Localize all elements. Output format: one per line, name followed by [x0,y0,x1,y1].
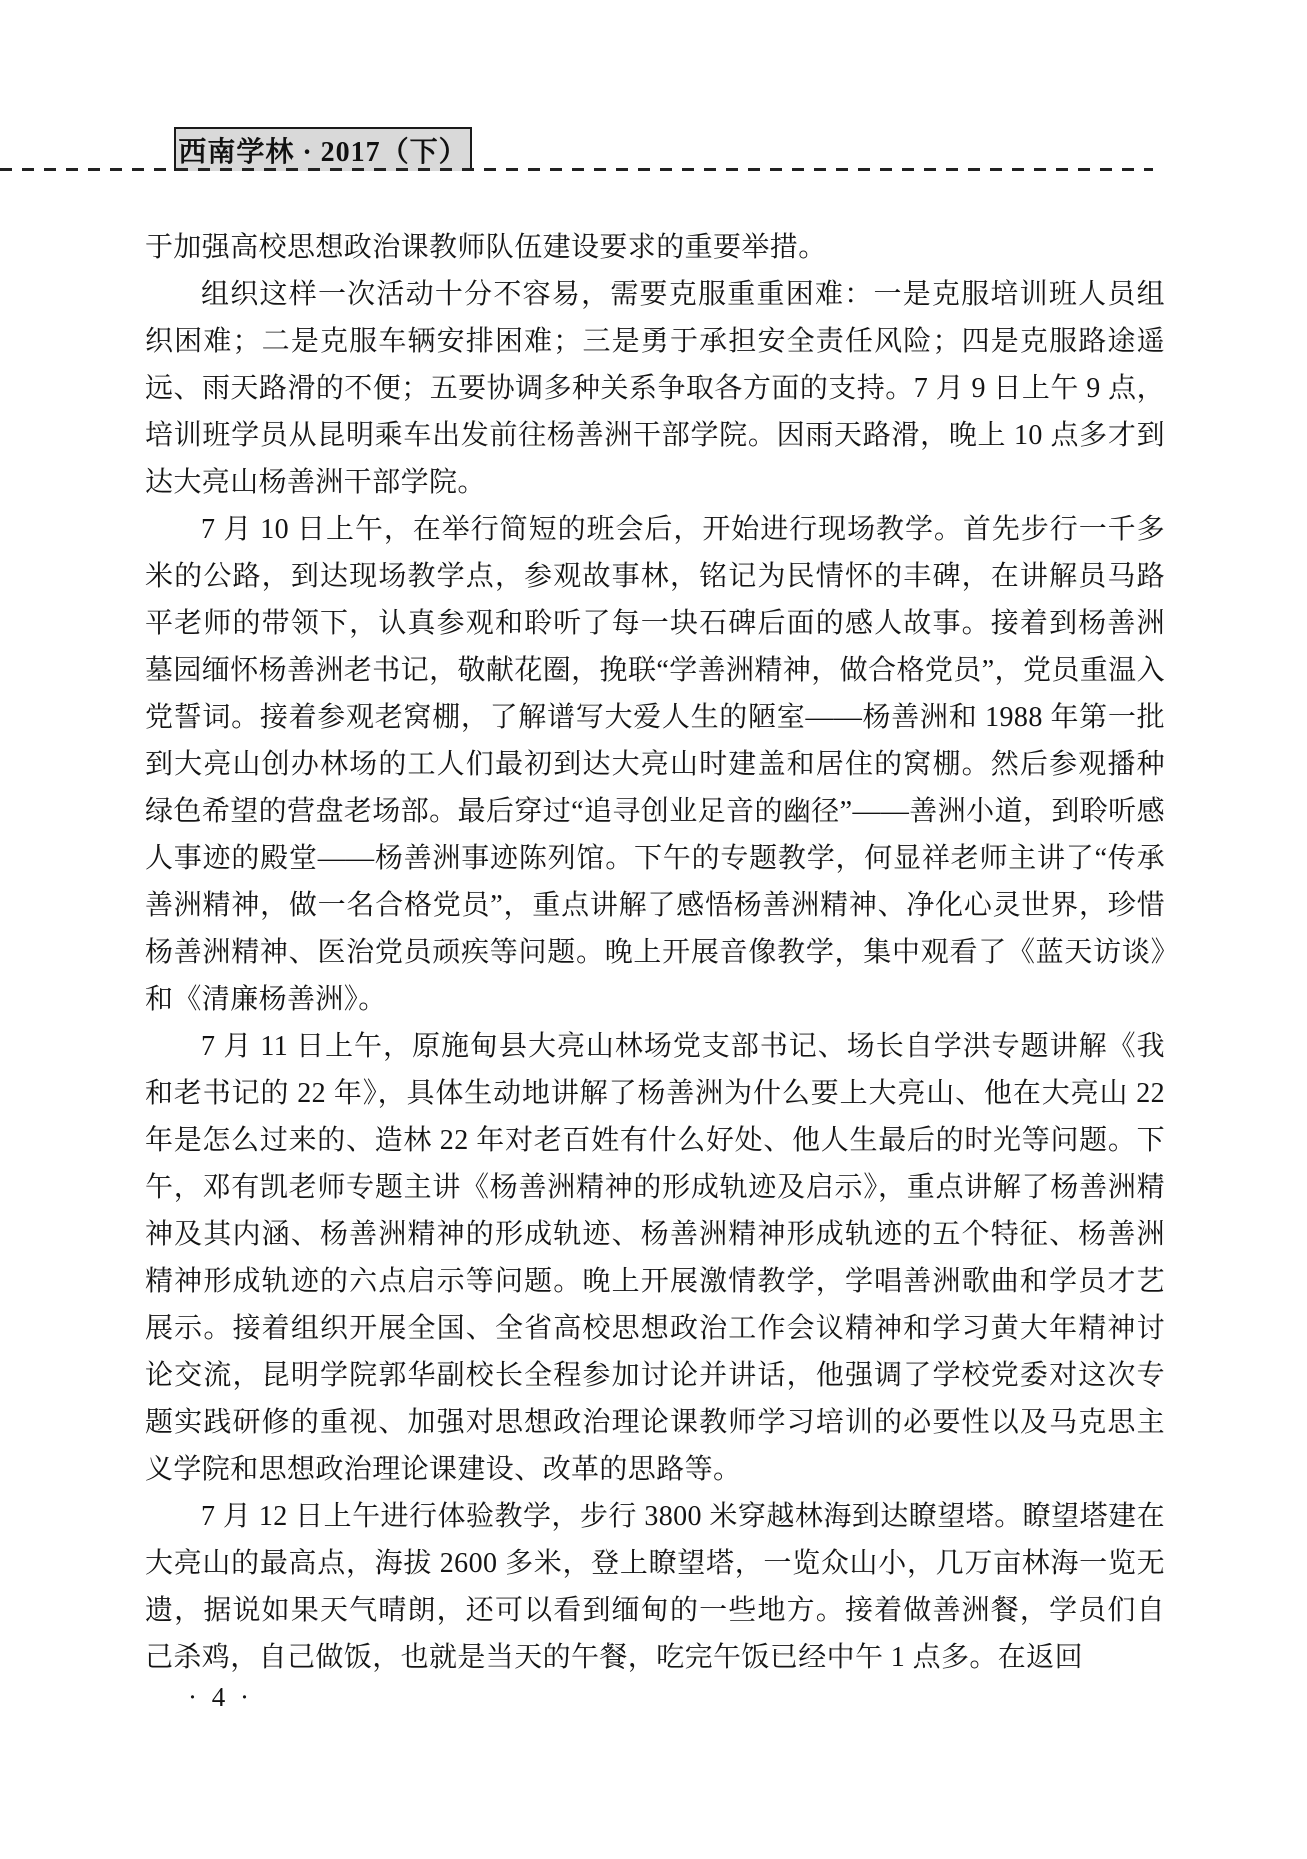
header-dashed-divider [0,168,1153,171]
paragraph: 于加强高校思想政治课教师队伍建设要求的重要举措。 [145,224,1165,271]
paragraph: 7 月 11 日上午，原施甸县大亮山林场党支部书记、场长自学洪专题讲解《我和老书… [145,1023,1165,1493]
paragraph: 7 月 12 日上午进行体验教学，步行 3800 米穿越林海到达瞭望塔。瞭望塔建… [145,1493,1165,1681]
document-page: 西南学林 · 2017（下） 于加强高校思想政治课教师队伍建设要求的重要举措。 … [0,0,1307,1859]
paragraph: 组织这样一次活动十分不容易，需要克服重重困难：一是克服培训班人员组织困难；二是克… [145,271,1165,506]
article-body: 于加强高校思想政治课教师队伍建设要求的重要举措。 组织这样一次活动十分不容易，需… [145,224,1165,1681]
journal-header-badge: 西南学林 · 2017（下） [174,127,472,171]
paragraph: 7 月 10 日上午，在举行简短的班会后，开始进行现场教学。首先步行一千多米的公… [145,506,1165,1023]
page-number: · 4 · [188,1682,253,1713]
journal-title: 西南学林 · 2017（下） [178,130,467,170]
